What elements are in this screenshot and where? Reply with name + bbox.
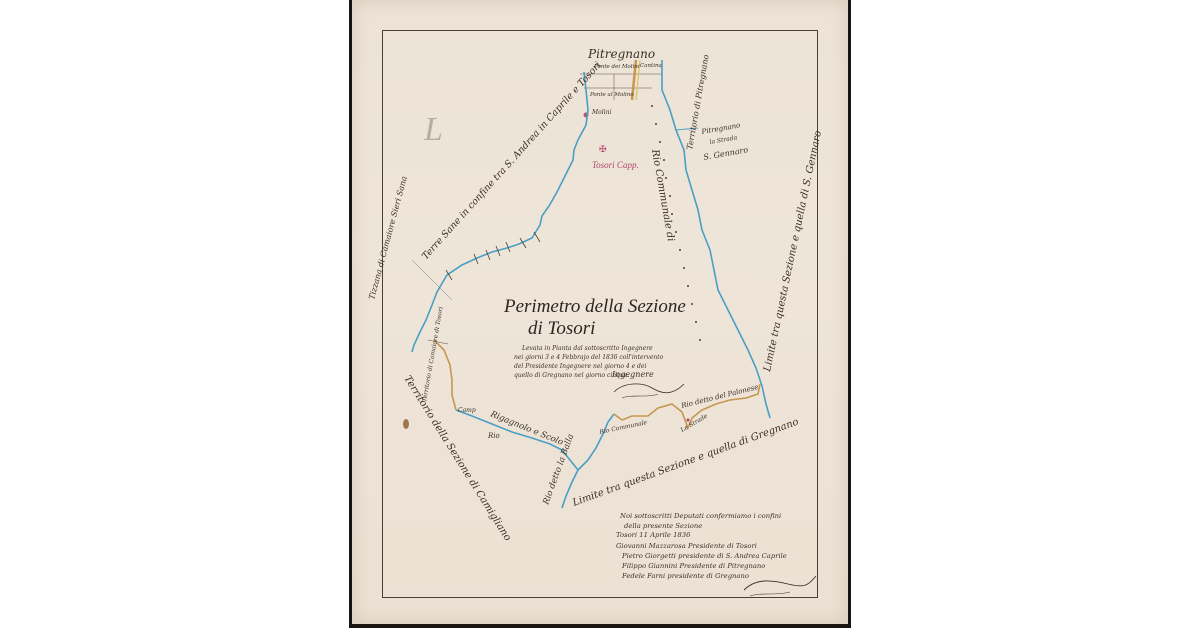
attestation-line-3: Tosori 11 Aprile 1836 bbox=[616, 531, 691, 539]
label-right-village-2: la Strada bbox=[709, 134, 738, 146]
attestation-block: Noi sottoscritti Deputati confermiamo i … bbox=[616, 512, 816, 596]
label-left-stream: Territorio di Camaiore di Tosori bbox=[421, 306, 445, 402]
label-right-village-3: S. Gennaro bbox=[703, 145, 749, 162]
attestation-line-1: Noi sottoscritti Deputati confermiamo i … bbox=[619, 512, 781, 520]
label-top-note-2: Cantina bbox=[640, 63, 662, 69]
label-bottom-stream-3: Rio bbox=[487, 432, 500, 440]
map-title-line2: di Tosori bbox=[528, 318, 595, 339]
svg-text:Tizzana di Camaiore Sieri Sana: Tizzana di Camaiore Sieri Sana bbox=[367, 175, 409, 301]
label-settlement: Tosori Capp. bbox=[592, 160, 639, 170]
label-left-upper: Terre Sane in confine tra S. Andrea in C… bbox=[420, 60, 604, 262]
svg-text:Ingegnere: Ingegnere bbox=[611, 370, 654, 379]
label-left-lower: Territorio della Sezione di Camigliano bbox=[401, 374, 512, 543]
label-right-line-3: Limite tra questa Sezione e quella di S.… bbox=[762, 130, 824, 374]
sheet-letter: L bbox=[423, 111, 443, 148]
attestation-line-4: Giovanni Mazzarosa Presidente di Tosori bbox=[616, 542, 757, 550]
label-left-side: Tizzana di Camaiore Sieri Sana bbox=[367, 175, 409, 301]
label-top-note-3: Ponte al Molino bbox=[589, 92, 634, 98]
map-drawing: L Pitregnano Ponte dei Molini Cantina Po… bbox=[352, 0, 848, 624]
attestation-signature bbox=[744, 576, 816, 590]
river-balla bbox=[578, 414, 614, 470]
attestation-line-7: Fedele Farni presidente di Gregnano bbox=[621, 572, 749, 580]
label-mill: Molini bbox=[591, 109, 611, 116]
title-signature: Ingegnere bbox=[611, 370, 684, 398]
description-line-2: nei giorni 3 e 4 Febbrajo del 1836 coll'… bbox=[514, 354, 664, 361]
label-bottom-stream-2: Rigagnolo e Scolo bbox=[488, 409, 565, 448]
label-bottom-right-2: Rio detto del Palonese bbox=[680, 383, 760, 410]
description-line-1: Levata in Pianta dal sottoscritto Ingegn… bbox=[521, 345, 653, 352]
thin-boundary bbox=[412, 260, 452, 300]
description-line-3: del Presidente Ingegnere nel giorno 4 e … bbox=[514, 363, 646, 370]
attestation-line-5: Pietro Giorgetti presidente di S. Andrea… bbox=[621, 552, 787, 560]
attestation-line-6: Filippo Giannini Presidente di Pitregnan… bbox=[621, 562, 765, 570]
label-top-village: Pitregnano bbox=[587, 47, 655, 61]
map-title-block: Perimetro della Sezione di Tosori Levata… bbox=[503, 296, 686, 379]
label-bottom-stream-1: Camp bbox=[458, 407, 476, 414]
church-icon: ✠ bbox=[599, 145, 607, 155]
attestation-line-2: della presente Sezione bbox=[624, 522, 702, 530]
map-title-line1: Perimetro della Sezione bbox=[503, 296, 686, 317]
label-right-line-1: Rio Communale di bbox=[649, 148, 676, 243]
map-sheet: L Pitregnano Ponte dei Molini Cantina Po… bbox=[352, 0, 848, 624]
ink-stain bbox=[403, 419, 409, 429]
label-right-line-2: Territorio di Pitregnano bbox=[685, 54, 711, 151]
river-right bbox=[662, 60, 770, 418]
ochre-boundary-left bbox=[434, 340, 456, 410]
label-bottom-right-1: Rio Communale bbox=[598, 419, 648, 436]
boundary-hatches bbox=[446, 232, 540, 280]
